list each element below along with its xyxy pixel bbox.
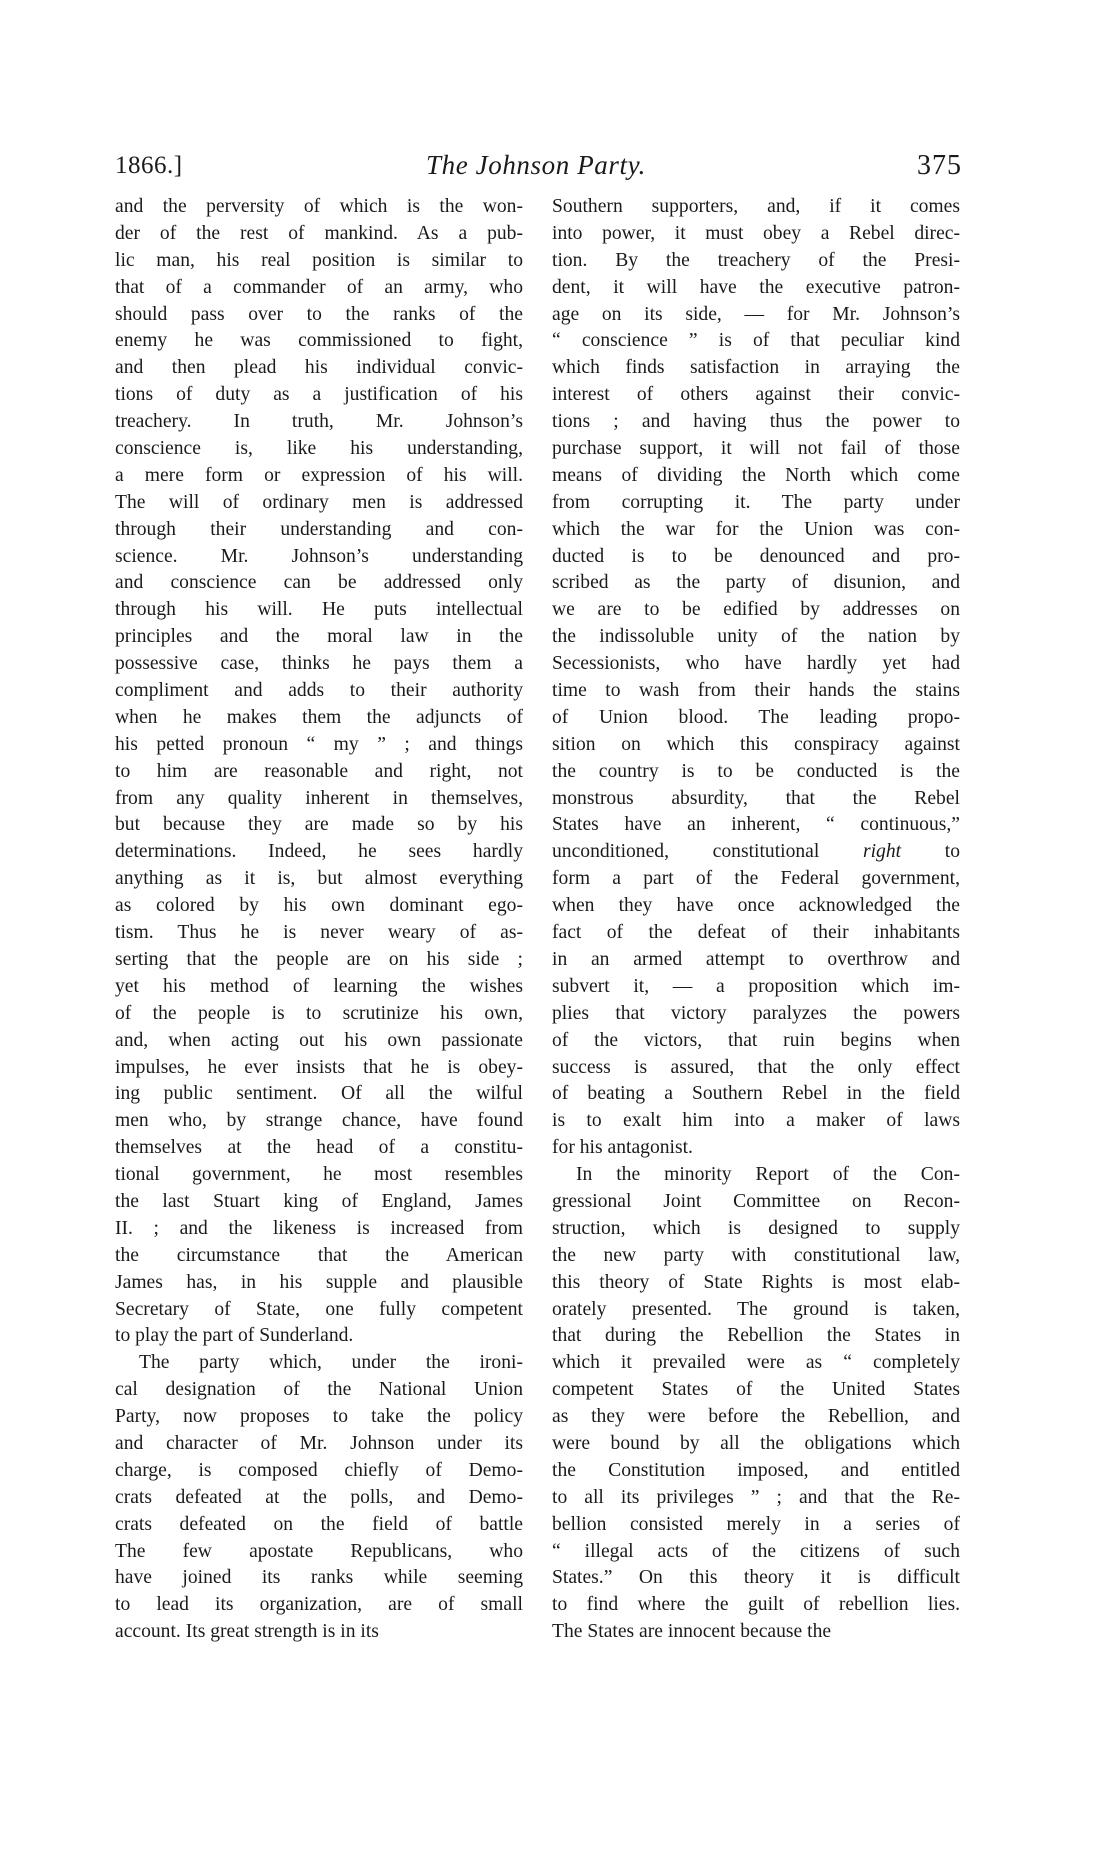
- right-column: Southern supporters, and, if it comesint…: [552, 194, 960, 1646]
- running-head-date: 1866.]: [115, 152, 183, 180]
- left-column-line: when he makes them the adjuncts of: [115, 705, 523, 732]
- left-column-line: tions of duty as a justification of his: [115, 382, 523, 409]
- left-column-line: James has, in his supple and plausible: [115, 1270, 523, 1297]
- right-column-line: ducted is to be denounced and pro-: [552, 544, 960, 571]
- left-column-line: crats defeated on the field of battle: [115, 1512, 523, 1539]
- right-column-line: the country is to be conducted is the: [552, 759, 960, 786]
- left-column-line: cal designation of the National Union: [115, 1377, 523, 1404]
- left-column-line: from any quality inherent in themselves,: [115, 786, 523, 813]
- page-number: 375: [917, 150, 962, 182]
- right-column-line: of beating a Southern Rebel in the field: [552, 1081, 960, 1108]
- right-column-line: tion. By the treachery of the Presi-: [552, 248, 960, 275]
- left-column-line: der of the rest of mankind. As a pub-: [115, 221, 523, 248]
- left-column-line: but because they are made so by his: [115, 812, 523, 839]
- left-column-line: to him are reasonable and right, not: [115, 759, 523, 786]
- left-column-line: account. Its great strength is in its: [115, 1619, 523, 1646]
- left-column-line: and, when acting out his own passionate: [115, 1028, 523, 1055]
- left-column-line: determinations. Indeed, he sees hardly: [115, 839, 523, 866]
- right-column-line: to all its privileges ” ; and that the R…: [552, 1485, 960, 1512]
- right-column-line: age on its side, — for Mr. Johnson’s: [552, 302, 960, 329]
- left-column-line: possessive case, thinks he pays them a: [115, 651, 523, 678]
- left-column-line: a mere form or expression of his will.: [115, 463, 523, 490]
- line-text: unconditioned, constitutional: [552, 841, 819, 862]
- left-column-line: that of a commander of an army, who: [115, 275, 523, 302]
- left-column-line: treachery. In truth, Mr. Johnson’s: [115, 409, 523, 436]
- right-column-line: bellion consisted merely in a series of: [552, 1512, 960, 1539]
- left-column-line: the last Stuart king of England, James: [115, 1189, 523, 1216]
- right-column-line: Southern supporters, and, if it comes: [552, 194, 960, 221]
- right-column-line: sition on which this conspiracy against: [552, 732, 960, 759]
- right-column-line: from corrupting it. The party under: [552, 490, 960, 517]
- right-column-line: for his antagonist.: [552, 1135, 960, 1162]
- left-column-line: ing public sentiment. Of all the wilful: [115, 1081, 523, 1108]
- left-column-line: Secretary of State, one fully competent: [115, 1297, 523, 1324]
- left-column-line: men who, by strange chance, have found: [115, 1108, 523, 1135]
- running-head: 1866.] The Johnson Party. 375: [115, 150, 962, 184]
- right-column-line: scribed as the party of disunion, and: [552, 570, 960, 597]
- right-column-line: which it prevailed were as “ completely: [552, 1350, 960, 1377]
- right-column-line: monstrous absurdity, that the Rebel: [552, 786, 960, 813]
- right-column-line: is to exalt him into a maker of laws: [552, 1108, 960, 1135]
- left-column-line: and then plead his individual convic-: [115, 355, 523, 382]
- left-column-line: and conscience can be addressed only: [115, 570, 523, 597]
- right-column-line: into power, it must obey a Rebel direc-: [552, 221, 960, 248]
- left-column-line: tional government, he most resembles: [115, 1162, 523, 1189]
- right-column-line: competent States of the United States: [552, 1377, 960, 1404]
- right-column-line: this theory of State Rights is most elab…: [552, 1270, 960, 1297]
- left-column-line: science. Mr. Johnson’s understanding: [115, 544, 523, 571]
- left-column-line: his petted pronoun “ my ” ; and things: [115, 732, 523, 759]
- right-column-line: States have an inherent, “ continuous,”: [552, 812, 960, 839]
- left-column-line: yet his method of learning the wishes: [115, 974, 523, 1001]
- left-column-line: themselves at the head of a constitu-: [115, 1135, 523, 1162]
- left-column-line: the circumstance that the American: [115, 1243, 523, 1270]
- right-column-line: as they were before the Rebellion, and: [552, 1404, 960, 1431]
- right-column-line: that during the Rebellion the States in: [552, 1323, 960, 1350]
- left-column-line: lic man, his real position is similar to: [115, 248, 523, 275]
- right-column-line: Secessionists, who have hardly yet had: [552, 651, 960, 678]
- left-column-line: have joined its ranks while seeming: [115, 1565, 523, 1592]
- right-column-line: “ conscience ” is of that peculiar kind: [552, 328, 960, 355]
- right-column-line: subvert it, — a proposition which im-: [552, 974, 960, 1001]
- right-column-line: when they have once acknowledged the: [552, 893, 960, 920]
- right-column-line: The States are innocent because the: [552, 1619, 960, 1646]
- right-column-line: to find where the guilt of rebellion lie…: [552, 1592, 960, 1619]
- right-column-line: in an armed attempt to overthrow and: [552, 947, 960, 974]
- left-column-line: should pass over to the ranks of the: [115, 302, 523, 329]
- right-column-line: unconditioned, constitutional right to: [552, 839, 960, 866]
- right-column-line: fact of the defeat of their inhabitants: [552, 920, 960, 947]
- right-column-line: States.” On this theory it is difficult: [552, 1565, 960, 1592]
- left-column-line: charge, is composed chiefly of Demo-: [115, 1458, 523, 1485]
- right-column-line: struction, which is designed to supply: [552, 1216, 960, 1243]
- right-column-line: the Constitution imposed, and entitled: [552, 1458, 960, 1485]
- right-column-line: which finds satisfaction in arraying the: [552, 355, 960, 382]
- left-column-line: and character of Mr. Johnson under its: [115, 1431, 523, 1458]
- left-column-line: anything as it is, but almost everything: [115, 866, 523, 893]
- right-column-line: form a part of the Federal government,: [552, 866, 960, 893]
- right-column-line: orately presented. The ground is taken,: [552, 1297, 960, 1324]
- left-column-line: principles and the moral law in the: [115, 624, 523, 651]
- left-column-line: Party, now proposes to take the policy: [115, 1404, 523, 1431]
- left-column-line: impulses, he ever insists that he is obe…: [115, 1055, 523, 1082]
- left-column-line: through their understanding and con-: [115, 517, 523, 544]
- left-column-line: serting that the people are on his side …: [115, 947, 523, 974]
- left-column: and the perversity of which is the won-d…: [115, 194, 523, 1646]
- left-column-line: and the perversity of which is the won-: [115, 194, 523, 221]
- right-column-line: of Union blood. The leading propo-: [552, 705, 960, 732]
- right-column-line: time to wash from their hands the stains: [552, 678, 960, 705]
- left-column-line: conscience is, like his understanding,: [115, 436, 523, 463]
- left-column-line: as colored by his own dominant ego-: [115, 893, 523, 920]
- right-column-line: purchase support, it will not fail of th…: [552, 436, 960, 463]
- left-column-line: through his will. He puts intellectual: [115, 597, 523, 624]
- italic-emphasis: right: [863, 841, 901, 862]
- left-column-line: crats defeated at the polls, and Demo-: [115, 1485, 523, 1512]
- right-column-line: were bound by all the obligations which: [552, 1431, 960, 1458]
- right-column-line: the new party with constitutional law,: [552, 1243, 960, 1270]
- left-column-line: of the people is to scrutinize his own,: [115, 1001, 523, 1028]
- right-column-line: plies that victory paralyzes the powers: [552, 1001, 960, 1028]
- left-column-line: The party which, under the ironi-: [115, 1350, 523, 1377]
- left-column-line: II. ; and the likeness is increased from: [115, 1216, 523, 1243]
- left-column-line: to lead its organization, are of small: [115, 1592, 523, 1619]
- left-column-line: to play the part of Sunderland.: [115, 1323, 523, 1350]
- left-column-line: The will of ordinary men is addressed: [115, 490, 523, 517]
- right-column-line: In the minority Report of the Con-: [552, 1162, 960, 1189]
- right-column-line: we are to be edified by addresses on: [552, 597, 960, 624]
- running-head-title: The Johnson Party.: [426, 150, 646, 181]
- right-column-line: “ illegal acts of the citizens of such: [552, 1539, 960, 1566]
- right-column-line: which the war for the Union was con-: [552, 517, 960, 544]
- right-column-line: success is assured, that the only effect: [552, 1055, 960, 1082]
- right-column-line: dent, it will have the executive patron-: [552, 275, 960, 302]
- left-column-line: enemy he was commissioned to fight,: [115, 328, 523, 355]
- right-column-line: means of dividing the North which come: [552, 463, 960, 490]
- right-column-line: interest of others against their convic-: [552, 382, 960, 409]
- left-column-line: tism. Thus he is never weary of as-: [115, 920, 523, 947]
- right-column-line: the indissoluble unity of the nation by: [552, 624, 960, 651]
- right-column-line: tions ; and having thus the power to: [552, 409, 960, 436]
- left-column-line: The few apostate Republicans, who: [115, 1539, 523, 1566]
- right-column-line: of the victors, that ruin begins when: [552, 1028, 960, 1055]
- right-column-line: gressional Joint Committee on Recon-: [552, 1189, 960, 1216]
- line-text: to: [945, 841, 960, 862]
- left-column-line: compliment and adds to their authority: [115, 678, 523, 705]
